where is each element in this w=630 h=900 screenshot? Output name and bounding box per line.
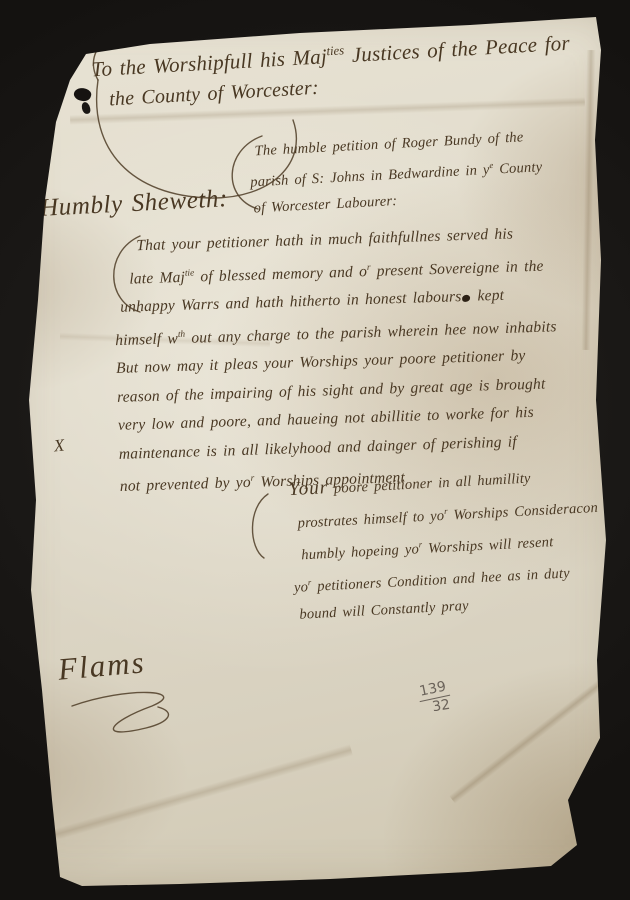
superscript-abbreviation: tie	[185, 268, 195, 278]
archival-reference-number: 139 32	[417, 680, 453, 717]
closing-brace-flourish	[252, 494, 268, 558]
signature-flourish	[72, 692, 168, 731]
salutation: Humbly Sheweth:	[39, 185, 228, 223]
address-heading: To the Worshipfull his Majties Justices …	[91, 31, 572, 113]
archival-denominator: 32	[431, 698, 452, 716]
superscript-abbreviation: ties	[326, 43, 344, 58]
paper-crease	[581, 50, 595, 350]
paper-crease	[449, 666, 621, 803]
margin-mark: X	[53, 436, 66, 457]
signature: Flams	[57, 644, 147, 687]
closing-block: Your poore petitioner in all humillity p…	[288, 460, 603, 630]
ink-blot	[462, 295, 470, 302]
photograph-background: To the Worshipfull his Majties Justices …	[0, 0, 630, 900]
body-paragraph: That your petitioner hath in much faithf…	[112, 219, 562, 502]
paper-hole	[72, 86, 92, 104]
manuscript-paper: To the Worshipfull his Majties Justices …	[0, 0, 630, 900]
petition-heading-block: The humble petition of Roger Bundy of th…	[248, 123, 544, 221]
paper-crease	[13, 744, 353, 852]
paper-hole	[81, 101, 91, 114]
